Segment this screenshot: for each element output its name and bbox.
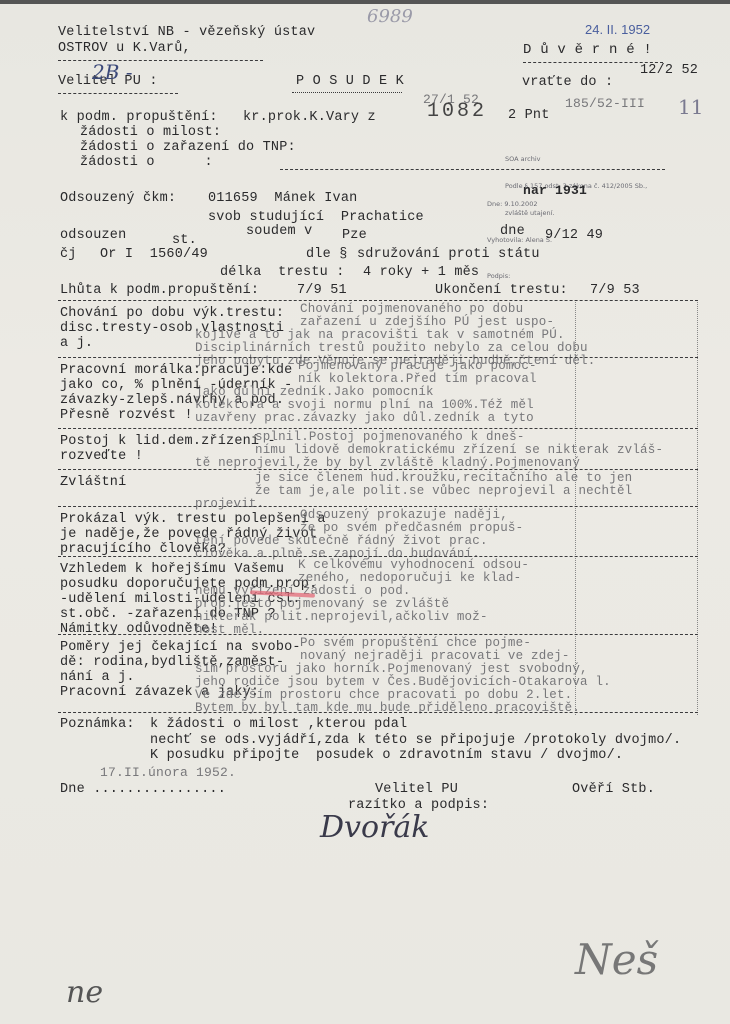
section-answer: nost měl. (195, 623, 264, 638)
release-value: kr.prok.K.Vary z (243, 110, 376, 125)
section-answer: že tam je,ale polit.se vůbec neprojevil … (255, 484, 632, 499)
section-label: Poměry jej čekající na svobo- (60, 640, 301, 655)
document-page: Velitelství NB - vězeňský ústav OSTROV u… (0, 0, 730, 1024)
commander-label: Velitel PU (375, 782, 458, 797)
section-label: Pracovní morálka:pracuje:kde (60, 363, 292, 378)
scan-edge (0, 0, 730, 4)
section-answer: Bytem by byl tam kde mu bude přiděleno p… (195, 701, 580, 716)
section-label: Vzhledem k hořejšímu Vašemu (60, 562, 284, 577)
footer-date-stamp: 17.II.února 1952. (100, 765, 236, 780)
return-date: 12/2 52 (640, 63, 698, 78)
section-divider (58, 469, 698, 470)
column-divider (697, 300, 698, 715)
case-value: Or I 1560/49 (100, 247, 208, 262)
section-divider (58, 428, 698, 429)
note-line3: K posudku připojte posudek o zdravotním … (150, 748, 623, 763)
parole-value: 7/9 51 (297, 283, 347, 298)
stamp-line: SOA archiv (505, 155, 647, 164)
section-label: rozveďte ! (60, 449, 143, 464)
document-title: P O S U D E K (296, 74, 404, 89)
parole-label: Lhůta k podm.propuštění: (60, 283, 259, 298)
date-label: dne (500, 224, 525, 239)
divider (58, 93, 178, 94)
court-label: soudem v (246, 224, 312, 239)
return-label: vraťte do : (522, 75, 613, 90)
convict-id-name: 011659 Mánek Ivan (208, 191, 357, 206)
note-label: Poznámka: (60, 717, 135, 732)
stamp-date: 24. II. 1952 (585, 22, 650, 37)
note-line2: nechť se ods.vyjádří,zda k této se připo… (150, 733, 681, 748)
footer-date-label: Dne ................ (60, 782, 226, 797)
section-answer: uzavřeny prac.závazky jako důl.zedník a … (195, 411, 534, 426)
note-line1: k žádosti o milost ,kterou pdal (150, 717, 407, 732)
law-value: sdružování proti státu (357, 247, 540, 262)
margin-mark: 11 (678, 95, 703, 119)
section-answer: projevit. (195, 497, 264, 512)
pnt: 2 Pnt (508, 108, 550, 123)
birth-year-overlay: nar 1931 (523, 183, 587, 198)
end-label: Ukončení trestu: (435, 283, 568, 298)
section-divider (58, 506, 698, 507)
law-label: dle § (306, 247, 348, 262)
divider (280, 169, 665, 170)
length-label: délka trestu : (220, 265, 345, 280)
section-label: Zvláštní (60, 475, 126, 490)
handwritten-note-right: Neš (575, 935, 658, 984)
case-label: čj (60, 247, 77, 262)
other-label: žádosti o : (80, 155, 213, 170)
convict-label: Odsouzený čkm: (60, 191, 176, 206)
section-label: nání a j. (60, 670, 135, 685)
section-divider (58, 556, 698, 557)
handwritten-to: 2B - (92, 60, 133, 84)
section-label: Postoj k lid.dem.zřízení - (60, 434, 276, 449)
pardon-label: žádosti o milost: (80, 125, 221, 140)
section-label: Přesně rozvést ! (60, 408, 193, 423)
end-value: 7/9 53 (590, 283, 640, 298)
handwritten-note-left: ne (66, 975, 103, 1010)
doc-number: 1082 (427, 104, 487, 119)
convict-occupation: svob studující Prachatice (208, 210, 424, 225)
divider (58, 60, 263, 61)
court-place: Pze (342, 228, 367, 243)
length-value: 4 roky + 1 měs (363, 265, 479, 280)
section-divider (58, 712, 698, 713)
release-label: k podm. propuštění: (60, 110, 218, 125)
org-line2: OSTROV u K.Varů, (58, 41, 191, 56)
date-value: 9/12 49 (545, 228, 603, 243)
reference-number: 185/52-III (565, 96, 645, 111)
court-type: st. (172, 233, 197, 248)
section-divider (58, 357, 698, 358)
archive-number: 6989 (367, 6, 413, 27)
org-line1: Velitelství NB - vězeňský ústav (58, 25, 315, 40)
section-label: Chování po dobu výk.trestu: (60, 306, 284, 321)
section-divider (58, 300, 698, 301)
stamp-line: Dne: 9.10.2002 (487, 198, 552, 210)
classification: D ů v ě r n é ! (523, 43, 652, 58)
section-label: a j. (60, 336, 93, 351)
sentenced-label: odsouzen (60, 228, 126, 243)
signature: Dvořák (320, 810, 429, 845)
section-divider (58, 634, 698, 635)
verify-label: Ověří Stb. (572, 782, 655, 797)
tnp-label: žádosti o zařazení do TNP: (80, 140, 296, 155)
section-label: Prokázal výk. trestu polepšení a (60, 512, 326, 527)
stamp-line: Podpis: (487, 270, 552, 282)
divider (292, 92, 402, 93)
